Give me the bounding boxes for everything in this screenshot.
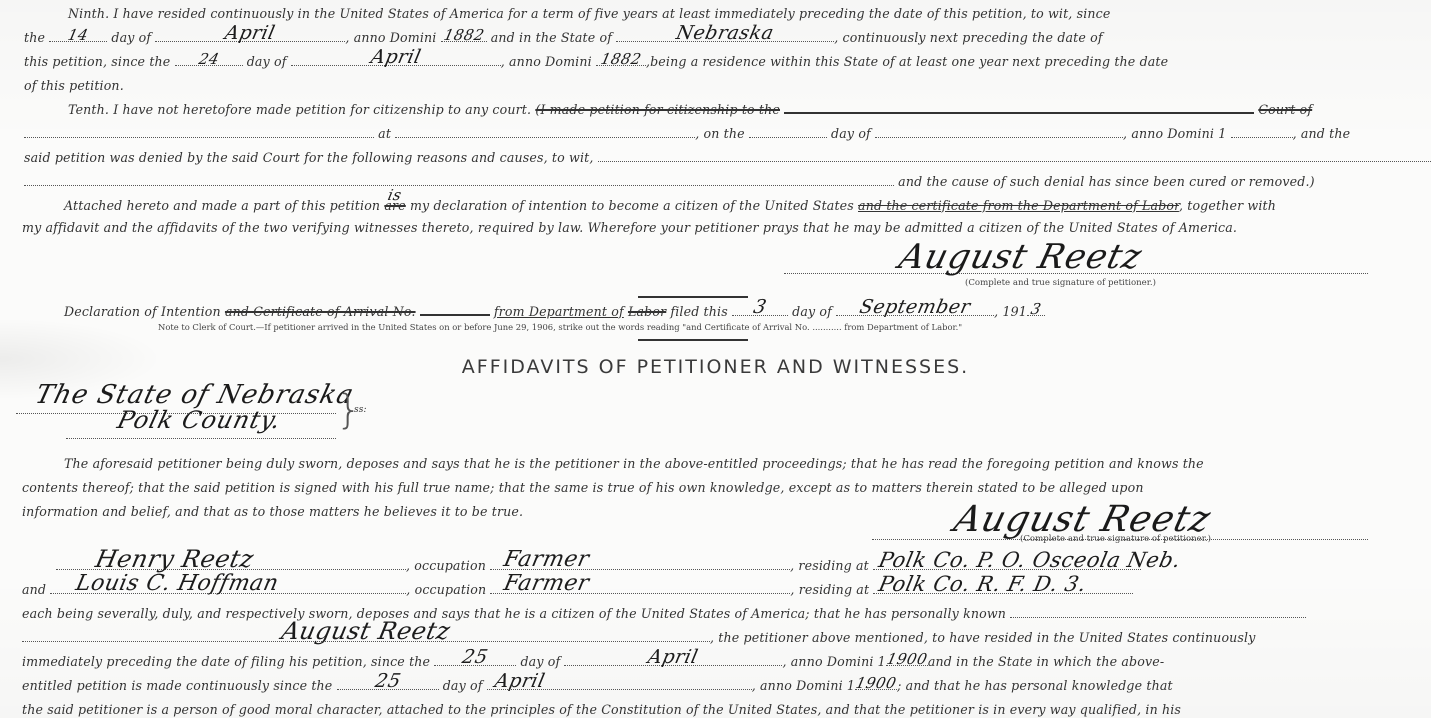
handwritten-value: 3	[1025, 302, 1046, 317]
witness-2-line: and Louis C. Hoffman, occupation Farmer,…	[22, 582, 1133, 597]
text: , on the	[695, 126, 745, 141]
oath-line-3: information and belief, and that as to t…	[22, 504, 523, 519]
filed-year-field: 3	[1027, 305, 1045, 316]
text: ,being a residence within this State of …	[646, 54, 1168, 69]
text: filed this	[670, 304, 727, 319]
witness-2-name-field: Louis C. Hoffman	[50, 583, 406, 594]
divider-rule-bottom	[638, 339, 748, 341]
correction: areis	[384, 198, 405, 213]
handwritten-value: 1882	[594, 52, 647, 67]
document-page: Ninth. I have resided continuously in th…	[0, 0, 1431, 718]
handwritten-value: August Reetz	[19, 619, 712, 643]
text: and in the State in which the above-	[928, 654, 1164, 669]
witness-2-occupation-field: Farmer	[490, 583, 790, 594]
filed-month-field: September	[836, 305, 994, 316]
text: day of	[831, 126, 871, 141]
handwritten-insertion: is	[383, 188, 408, 203]
section-title: AFFIDAVITS OF PETITIONER AND WITNESSES.	[0, 356, 1431, 378]
venue-state-handwritten: The State of Nebraska	[33, 382, 357, 408]
ninth-paragraph-line-4: of this petition.	[24, 78, 124, 93]
ninth-paragraph-line-3: this petition, since the 24 day of April…	[24, 54, 1168, 69]
attached-paragraph-line-2: my affidavit and the affidavits of the t…	[22, 220, 1237, 235]
text: this petition, since the	[24, 54, 170, 69]
oath-line-2: contents thereof; that the said petition…	[22, 480, 1144, 495]
arrival-no-field	[420, 308, 490, 316]
text: , residing at	[790, 582, 869, 597]
handwritten-value: April	[153, 24, 347, 43]
tenth-paragraph-line-2: at , on the day of , anno Domini 1 , and…	[24, 126, 1350, 141]
text: day of	[520, 654, 560, 669]
handwritten-value: 25	[335, 672, 441, 691]
divider-rule-top	[638, 296, 748, 298]
witness-known-line: August Reetz, the petitioner above menti…	[22, 630, 1256, 645]
struck-court-field	[784, 106, 1254, 114]
struck-text: Court of	[1258, 102, 1312, 117]
witness-1-occupation-field: Farmer	[490, 559, 790, 570]
witness-state-month-field: April	[487, 679, 752, 690]
tenth-paragraph-line-4: and the cause of such denial has since b…	[24, 174, 1315, 189]
text: , anno Domini	[501, 54, 592, 69]
text: Ninth. I have resided continuously in th…	[68, 6, 1110, 21]
text: said petition was denied by the said Cou…	[24, 150, 593, 165]
handwritten-value: 24	[173, 52, 244, 67]
text: ; and that he has personal knowledge tha…	[897, 678, 1173, 693]
text: , anno Domini 1	[752, 678, 855, 693]
text: Declaration of Intention	[64, 304, 221, 319]
text: the said petitioner is a person of good …	[22, 702, 1181, 717]
handwritten-value: 14	[48, 28, 109, 43]
ss-label: ss:	[354, 405, 367, 415]
denial-reasons-field-2	[24, 175, 894, 186]
text: , anno Domini 1	[782, 654, 885, 669]
text: , the petitioner above mentioned, to hav…	[710, 630, 1256, 645]
text: and in the State of	[491, 30, 612, 45]
witness-us-year-field: 1900	[886, 655, 928, 666]
text: day of	[247, 54, 287, 69]
oath-line-1: The aforesaid petitioner being duly swor…	[64, 456, 1204, 471]
court-location-field	[395, 127, 695, 138]
handwritten-value: Farmer	[502, 549, 793, 571]
text: , residing at	[790, 558, 869, 573]
witness-2-residence-field: Polk Co. R. F. D. 3.	[873, 583, 1133, 594]
state-since-month-field: April	[291, 55, 501, 66]
denial-year-field	[1231, 127, 1293, 138]
text: entitled petition is made continuously s…	[22, 678, 332, 693]
handwritten-value: September	[834, 298, 996, 317]
witness-residence-us-line: immediately preceding the date of filing…	[22, 654, 1164, 669]
text: day of	[792, 304, 832, 319]
handwritten-value: 1900	[854, 676, 899, 691]
struck-text: and Certificate of Arrival No.	[225, 304, 416, 319]
text: , continuously next preceding the date o…	[834, 30, 1103, 45]
witness-us-month-field: April	[564, 655, 782, 666]
tenth-paragraph-line-3: said petition was denied by the said Cou…	[24, 150, 1431, 165]
witness-1-name-field: Henry Reetz	[56, 559, 406, 570]
text: , occupation	[406, 582, 486, 597]
declaration-line: Declaration of Intention and Certificate…	[64, 304, 1045, 319]
denial-day-field	[749, 127, 827, 138]
text: at	[378, 126, 391, 141]
text: and	[22, 582, 46, 597]
text: of this petition.	[24, 78, 124, 93]
handwritten-value: Polk Co. P. O. Osceola Neb.	[877, 550, 1143, 571]
denial-reasons-field	[598, 151, 1431, 162]
text: my affidavit and the affidavits of the t…	[22, 220, 1237, 235]
text: from Department of	[494, 304, 624, 319]
text: Tenth. I have not heretofore made petiti…	[68, 102, 531, 117]
denial-month-field	[875, 127, 1123, 138]
us-since-month-field: April	[155, 31, 345, 42]
us-since-day-field: 14	[49, 31, 107, 42]
state-since-year-field: 1882	[596, 55, 646, 66]
witness-us-day-field: 25	[434, 655, 516, 666]
witness-residence-state-line: entitled petition is made continuously s…	[22, 678, 1173, 693]
signature-caption-1: (Complete and true signature of petition…	[965, 278, 1156, 288]
tenth-paragraph-line-1: Tenth. I have not heretofore made petiti…	[68, 102, 1312, 117]
witness-state-day-field: 25	[337, 679, 439, 690]
venue-county-handwritten: Polk County.	[115, 408, 284, 432]
handwritten-value: April	[562, 648, 784, 667]
handwritten-value: 25	[432, 648, 518, 667]
handwritten-value: Nebraska	[614, 24, 836, 43]
text: my declaration of intention to become a …	[410, 198, 854, 213]
text: day of	[111, 30, 151, 45]
text: , and the	[1293, 126, 1351, 141]
struck-text: Labor	[628, 304, 666, 319]
clerk-note: Note to Clerk of Court.—If petitioner ar…	[158, 322, 962, 332]
ninth-paragraph-line-2: the 14 day of April, anno Domini 1882 an…	[24, 30, 1103, 45]
us-since-year-field: 1882	[441, 31, 487, 42]
struck-text: and the certificate from the Department …	[858, 198, 1179, 213]
handwritten-value: Polk Co. R. F. D. 3.	[877, 574, 1135, 595]
handwritten-value: Louis C. Hoffman	[74, 573, 409, 595]
ninth-paragraph-line-1: Ninth. I have resided continuously in th…	[68, 6, 1110, 21]
known-since-field	[1010, 607, 1306, 618]
text: , anno Domini 1	[1123, 126, 1226, 141]
state-since-day-field: 24	[175, 55, 243, 66]
text: , occupation	[406, 558, 486, 573]
witness-1-residence-field: Polk Co. P. O. Osceola Neb.	[873, 559, 1141, 570]
text: , 191	[994, 304, 1027, 319]
text: contents thereof; that the said petition…	[22, 480, 1144, 495]
handwritten-value: Henry Reetz	[93, 547, 408, 571]
handwritten-value: April	[493, 672, 754, 691]
signature-caption-2: (Complete and true signature of petition…	[1020, 534, 1211, 544]
petitioner-signature-2: August Reetz	[951, 502, 1215, 538]
struck-text: (I made petition for citizenship to the	[535, 102, 780, 117]
text: day of	[443, 678, 483, 693]
handwritten-value: April	[289, 48, 503, 67]
text: , together with	[1179, 198, 1276, 213]
text: information and belief, and that as to t…	[22, 504, 523, 519]
petitioner-signature-1: August Reetz	[896, 240, 1146, 274]
known-person-field: August Reetz	[22, 631, 710, 642]
witness-character-line: the said petitioner is a person of good …	[22, 702, 1181, 717]
text: and the cause of such denial has since b…	[898, 174, 1315, 189]
text: , anno Domini	[345, 30, 436, 45]
text: the	[24, 30, 45, 45]
text: immediately preceding the date of filing…	[22, 654, 430, 669]
handwritten-value: 1882	[439, 28, 488, 43]
handwritten-value: Farmer	[502, 573, 793, 595]
handwritten-value: 3	[730, 298, 790, 317]
text: Attached hereto and made a part of this …	[64, 198, 380, 213]
court-field	[24, 127, 374, 138]
attached-paragraph-line-1: Attached hereto and made a part of this …	[64, 198, 1276, 213]
witness-state-year-field: 1900	[855, 679, 897, 690]
text: The aforesaid petitioner being duly swor…	[64, 456, 1204, 471]
state-field: Nebraska	[616, 31, 834, 42]
filed-day-field: 3	[732, 305, 788, 316]
handwritten-value: 1900	[884, 652, 929, 667]
